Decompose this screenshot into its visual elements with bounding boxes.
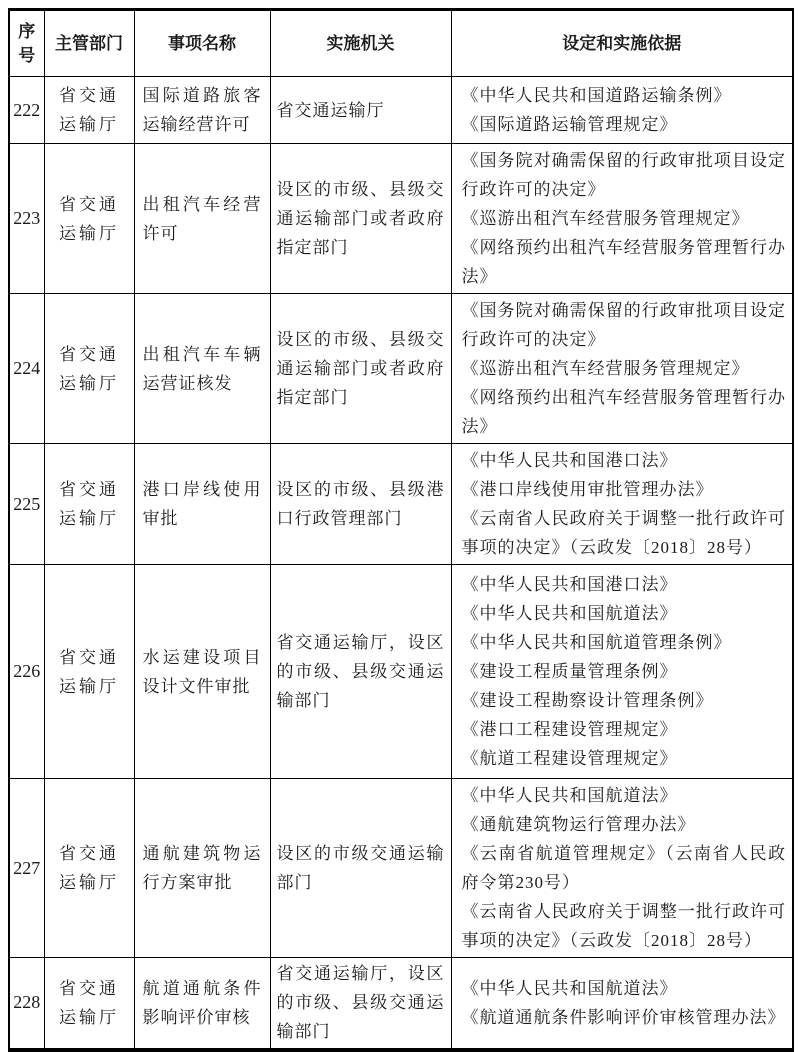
basis-law-line: 《国际道路运输管理规定》 [462,110,787,139]
cell-implementing-agency: 设区的市级、县级交通运输部门或者政府指定部门 [270,294,451,444]
cell-legal-basis: 《中华人民共和国航道法》《航道通航条件影响评价审核管理办法》 [451,958,793,1050]
cell-item-name: 港口岸线使用审批 [134,444,270,565]
cell-legal-basis: 《中华人民共和国港口法》《港口岸线使用审批管理办法》《云南省人民政府关于调整一批… [451,444,793,565]
table-row: 222 省交通运输厅 国际道路旅客运输经营许可 省交通运输厅 《中华人民共和国道… [9,77,793,144]
cell-serial-number: 228 [9,958,44,1050]
table-row: 225 省交通运输厅 港口岸线使用审批 设区的市级、县级港口行政管理部门 《中华… [9,444,793,565]
table-row: 227 省交通运输厅 通航建筑物运行方案审批 设区的市级交通运输部门 《中华人民… [9,779,793,958]
basis-law-line: 《中华人民共和国航道法》 [462,599,787,628]
basis-law-line: 《巡游出租汽车经营服务管理规定》 [462,354,787,383]
cell-legal-basis: 《中华人民共和国道路运输条例》《国际道路运输管理规定》 [451,77,793,144]
basis-law-line: 《建设工程勘察设计管理条例》 [462,686,787,715]
cell-department: 省交通运输厅 [44,958,134,1050]
cell-legal-basis: 《中华人民共和国港口法》《中华人民共和国航道法》《中华人民共和国航道管理条例》《… [451,565,793,779]
header-serial-number: 序号 [9,10,44,77]
cell-item-name: 国际道路旅客运输经营许可 [134,77,270,144]
cell-serial-number: 223 [9,144,44,294]
basis-law-line: 《云南省人民政府关于调整一批行政许可事项的决定》（云政发〔2018〕28号） [462,897,787,955]
header-legal-basis: 设定和实施依据 [451,10,793,77]
document-page: 序号 主管部门 事项名称 实施机关 设定和实施依据 222 省交通运输厅 国际道… [0,0,800,1041]
cell-department: 省交通运输厅 [44,565,134,779]
cell-department: 省交通运输厅 [44,294,134,444]
cell-serial-number: 227 [9,779,44,958]
basis-law-line: 《国务院对确需保留的行政审批项目设定行政许可的决定》 [462,146,787,204]
cell-implementing-agency: 设区的市级交通运输部门 [270,779,451,958]
cell-item-name: 出租汽车车辆运营证核发 [134,294,270,444]
basis-law-line: 《云南省航道管理规定》（云南省人民政府令第230号） [462,839,787,897]
basis-law-line: 《云南省人民政府关于调整一批行政许可事项的决定》（云政发〔2018〕28号） [462,504,787,562]
cell-department: 省交通运输厅 [44,779,134,958]
basis-law-line: 《中华人民共和国航道法》 [462,974,787,1003]
cell-serial-number: 222 [9,77,44,144]
cell-implementing-agency: 省交通运输厅，设区的市级、县级交通运输部门 [270,958,451,1050]
cell-implementing-agency: 设区的市级、县级交通运输部门或者政府指定部门 [270,144,451,294]
basis-law-line: 《航道通航条件影响评价审核管理办法》 [462,1003,787,1032]
cell-serial-number: 226 [9,565,44,779]
basis-law-line: 《航道工程建设管理规定》 [462,744,787,773]
basis-law-line: 《通航建筑物运行管理办法》 [462,810,787,839]
cell-item-name: 通航建筑物运行方案审批 [134,779,270,958]
table-row: 223 省交通运输厅 出租汽车经营许可 设区的市级、县级交通运输部门或者政府指定… [9,144,793,294]
cell-serial-number: 224 [9,294,44,444]
basis-law-line: 《港口工程建设管理规定》 [462,715,787,744]
header-department: 主管部门 [44,10,134,77]
basis-law-line: 《建设工程质量管理条例》 [462,657,787,686]
table-header: 序号 主管部门 事项名称 实施机关 设定和实施依据 [9,10,793,77]
basis-law-line: 《网络预约出租汽车经营服务管理暂行办法》 [462,233,787,291]
cell-legal-basis: 《中华人民共和国航道法》《通航建筑物运行管理办法》《云南省航道管理规定》（云南省… [451,779,793,958]
table-body: 222 省交通运输厅 国际道路旅客运输经营许可 省交通运输厅 《中华人民共和国道… [9,77,793,1050]
basis-law-line: 《中华人民共和国港口法》 [462,446,787,475]
cell-item-name: 出租汽车经营许可 [134,144,270,294]
header-row: 序号 主管部门 事项名称 实施机关 设定和实施依据 [9,10,793,77]
basis-law-line: 《港口岸线使用审批管理办法》 [462,475,787,504]
cell-item-name: 航道通航条件影响评价审核 [134,958,270,1050]
cell-department: 省交通运输厅 [44,77,134,144]
basis-law-line: 《巡游出租汽车经营服务管理规定》 [462,204,787,233]
cell-department: 省交通运输厅 [44,444,134,565]
basis-law-line: 《中华人民共和国道路运输条例》 [462,81,787,110]
cell-legal-basis: 《国务院对确需保留的行政审批项目设定行政许可的决定》《巡游出租汽车经营服务管理规… [451,294,793,444]
basis-law-line: 《中华人民共和国港口法》 [462,570,787,599]
cell-implementing-agency: 设区的市级、县级港口行政管理部门 [270,444,451,565]
cell-serial-number: 225 [9,444,44,565]
table-row: 226 省交通运输厅 水运建设项目设计文件审批 省交通运输厅，设区的市级、县级交… [9,565,793,779]
table-row: 224 省交通运输厅 出租汽车车辆运营证核发 设区的市级、县级交通运输部门或者政… [9,294,793,444]
cell-implementing-agency: 省交通运输厅，设区的市级、县级交通运输部门 [270,565,451,779]
header-item-name: 事项名称 [134,10,270,77]
cell-department: 省交通运输厅 [44,144,134,294]
cell-legal-basis: 《国务院对确需保留的行政审批项目设定行政许可的决定》《巡游出租汽车经营服务管理规… [451,144,793,294]
basis-law-line: 《中华人民共和国航道法》 [462,781,787,810]
basis-law-line: 《国务院对确需保留的行政审批项目设定行政许可的决定》 [462,296,787,354]
header-implementing-agency: 实施机关 [270,10,451,77]
basis-law-line: 《中华人民共和国航道管理条例》 [462,628,787,657]
licensing-items-table: 序号 主管部门 事项名称 实施机关 设定和实施依据 222 省交通运输厅 国际道… [8,8,794,1052]
cell-implementing-agency: 省交通运输厅 [270,77,451,144]
basis-law-line: 《网络预约出租汽车经营服务管理暂行办法》 [462,383,787,441]
cell-item-name: 水运建设项目设计文件审批 [134,565,270,779]
table-row: 228 省交通运输厅 航道通航条件影响评价审核 省交通运输厅，设区的市级、县级交… [9,958,793,1050]
